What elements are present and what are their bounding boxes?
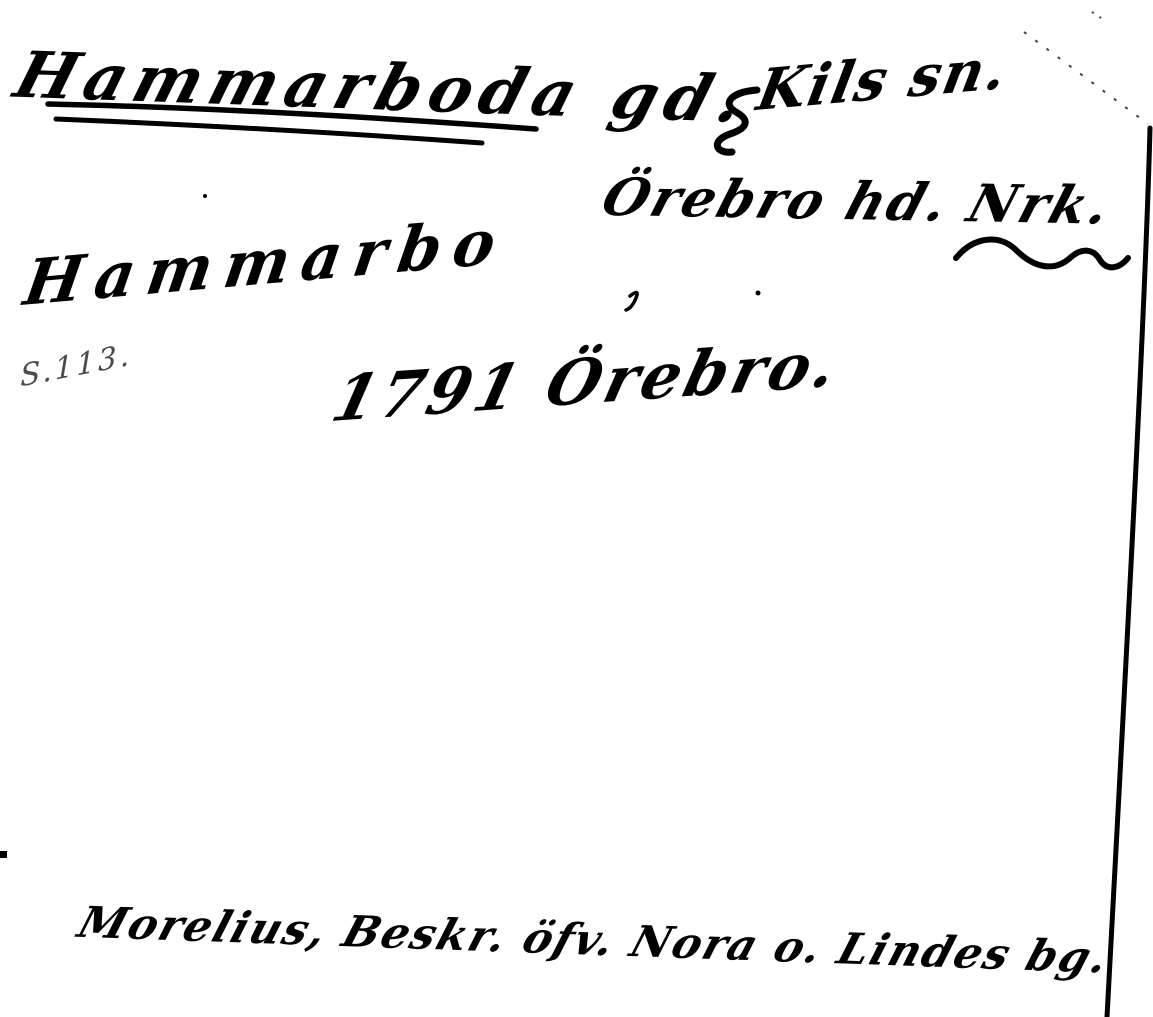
left-edge-mark [0,851,7,858]
year-and-source: 1791 Örebro. [326,333,847,432]
page-reference: S.113. [20,340,132,392]
parish-name: Kils sn. [753,40,1013,119]
manuscript-card: Hammarboda gd. Kils sn. Örebro hd. Nrk. … [0,0,1153,1017]
name-form: Hammarbo [20,210,512,315]
district-flourish [956,240,1128,268]
crease-marks [1024,12,1148,124]
headword-place-name: Hammarboda gd. [8,44,758,133]
ink-speck [756,291,761,296]
ink-speck [203,194,207,198]
comma-flourish [626,292,637,310]
ink-marks-overlay [0,0,1153,1017]
crease-dash-line [1024,32,1148,124]
district-province: Örebro hd. Nrk. [596,172,1119,233]
crease-dash-short [1092,12,1104,20]
page-edge-line [1107,128,1150,1017]
literature-reference: Morelius, Beskr. öfv. Nora o. Lindes bg. [73,902,1115,980]
